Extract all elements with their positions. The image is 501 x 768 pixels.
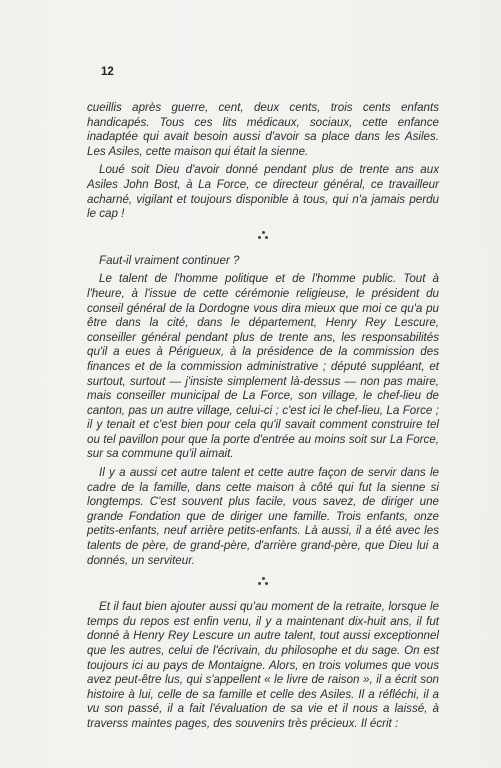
paragraph: Loué soit Dieu d'avoir donné pendant plu…	[87, 163, 439, 221]
body-text: cueillis après guerre, cent, deux cents,…	[87, 101, 439, 736]
paragraph: Et il faut bien ajouter aussi qu'au mome…	[87, 600, 439, 731]
page-number: 12	[101, 66, 114, 78]
paragraph: Il y a aussi cet autre talent et cette a…	[87, 466, 439, 568]
paragraph: Faut-il vraiment continuer ?	[87, 254, 439, 269]
asterism-icon	[257, 577, 269, 587]
section-break-ornament	[87, 572, 439, 594]
section-break-ornament	[87, 226, 439, 248]
paragraph: cueillis après guerre, cent, deux cents,…	[87, 101, 439, 159]
asterism-icon	[257, 231, 269, 241]
paragraph: Le talent de l'homme politique et de l'h…	[87, 272, 439, 462]
book-page: 12 cueillis après guerre, cent, deux cen…	[0, 0, 501, 768]
